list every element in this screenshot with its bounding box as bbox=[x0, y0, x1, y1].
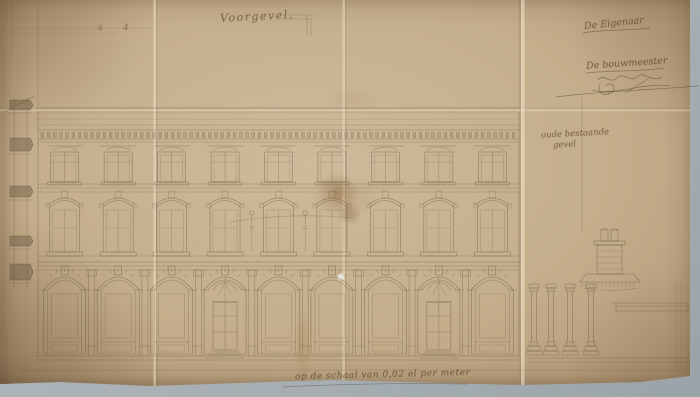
corner-mark: a 4 bbox=[98, 23, 137, 32]
upper-floor-windows bbox=[47, 146, 511, 185]
construction-lines bbox=[12, 0, 519, 222]
column-details bbox=[526, 284, 599, 355]
middle-floor-windows bbox=[46, 191, 512, 256]
existing-gable-label-2: gevel bbox=[553, 139, 577, 150]
scanned-drawing-photo: { "document": { "type": "architectural e… bbox=[0, 0, 700, 397]
chimney-detail bbox=[580, 229, 640, 291]
signature-strokes bbox=[283, 28, 699, 387]
wall-section-profile bbox=[4, 96, 34, 288]
ground-floor-openings bbox=[40, 266, 518, 358]
